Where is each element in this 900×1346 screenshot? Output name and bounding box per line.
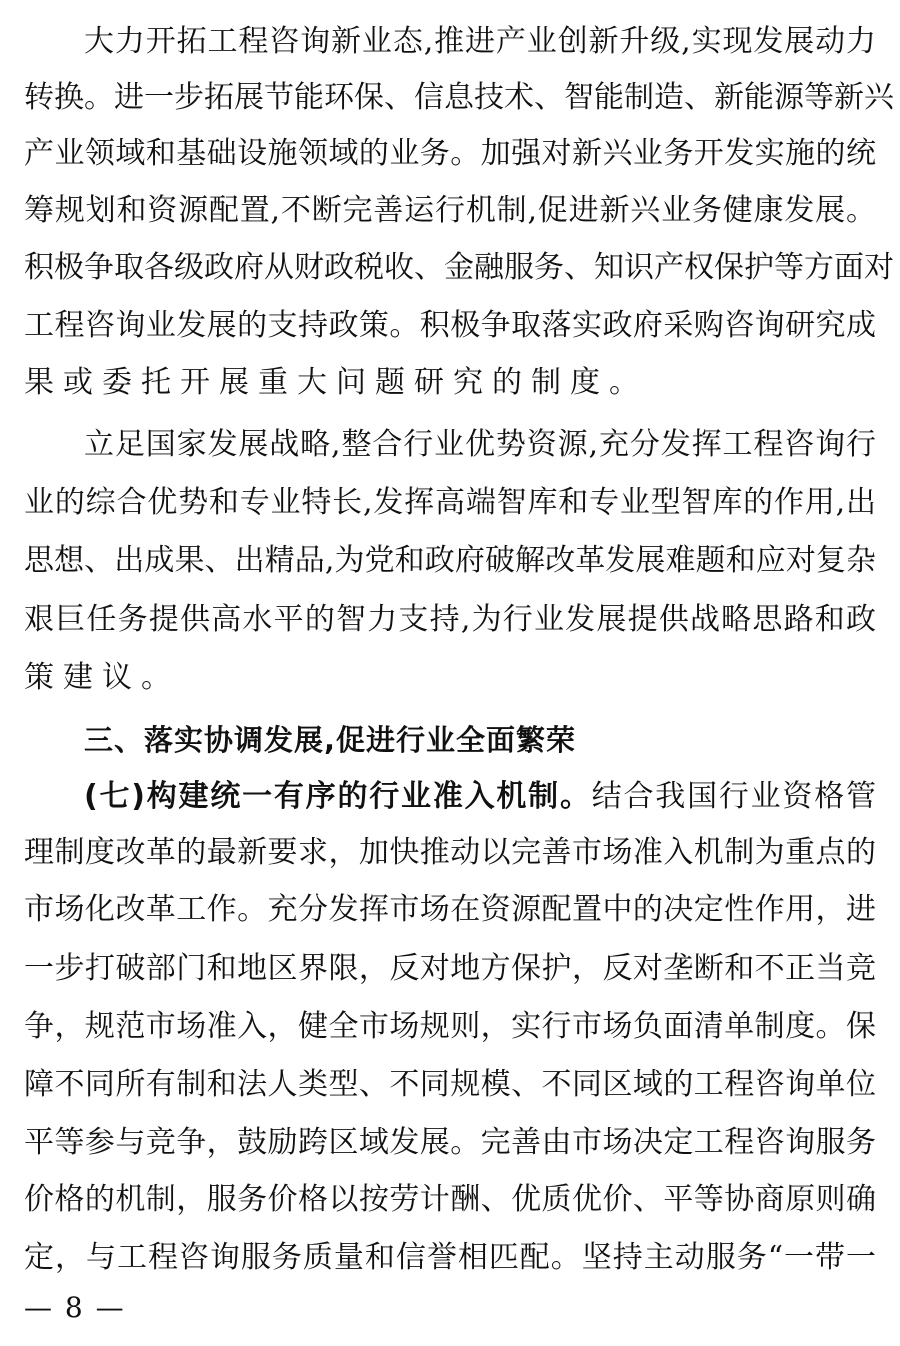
- paragraph-line: 艰巨任务提供高水平的智力支持,为行业发展提供战略思路和政: [24, 600, 876, 640]
- paragraph-line-first: (七)构建统一有序的行业准入机制。结合我国行业资格管: [84, 777, 876, 817]
- paragraph-line: 产业领域和基础设施领域的业务。加强对新兴业务开发实施的统: [24, 134, 876, 174]
- paragraph-line: 业的综合优势和专业特长,发挥高端智库和专业型智库的作用,出: [24, 483, 876, 523]
- document-page: 大力开拓工程咨询新业态,推进产业创新升级,实现发展动力 转换。进一步拓展节能环保…: [0, 0, 900, 1346]
- paragraph-line: 筹规划和资源配置,不断完善运行机制,促进新兴业务健康发展。: [24, 191, 876, 231]
- paragraph-line: 理制度改革的最新要求，加快推动以完善市场准入机制为重点的: [24, 833, 876, 873]
- subsection-first-line-text: 结合我国行业资格管: [592, 779, 876, 814]
- paragraph-line: 平等参与竞争，鼓励跨区域发展。完善由市场决定工程咨询服务: [24, 1123, 876, 1163]
- paragraph-line: 障不同所有制和法人类型、不同规模、不同区域的工程咨询单位: [24, 1065, 876, 1105]
- paragraph-line: 大力开拓工程咨询新业态,推进产业创新升级,实现发展动力: [84, 22, 876, 62]
- paragraph-line: 果或委托开展重大问题研究的制度。: [24, 363, 876, 403]
- paragraph-line: 一步打破部门和地区界限，反对地方保护，反对垄断和不正当竞: [24, 949, 876, 989]
- paragraph-line: 积极争取各级政府从财政税收、金融服务、知识产权保护等方面对: [24, 248, 876, 288]
- paragraph-line: 定，与工程咨询服务质量和信誉相匹配。坚持主动服务“一带一: [24, 1238, 876, 1278]
- paragraph-line: 价格的机制，服务价格以按劳计酬、优质优价、平等协商原则确: [24, 1180, 876, 1220]
- paragraph-line: 转换。进一步拓展节能环保、信息技术、智能制造、新能源等新兴: [24, 78, 876, 118]
- paragraph-line: 思想、出成果、出精品,为党和政府破解改革发展难题和应对复杂: [24, 541, 876, 581]
- paragraph-line: 立足国家发展战略,整合行业优势资源,充分发挥工程咨询行: [84, 425, 876, 465]
- page-number: — 8 —: [24, 1290, 126, 1326]
- paragraph-line: 策建议。: [24, 658, 876, 698]
- section-heading: 三、落实协调发展,促进行业全面繁荣: [84, 720, 576, 760]
- paragraph-line: 争，规范市场准入，健全市场规则，实行市场负面清单制度。保: [24, 1007, 876, 1047]
- subsection-title: (七)构建统一有序的行业准入机制。: [84, 779, 592, 814]
- paragraph-line: 工程咨询业发展的支持政策。积极争取落实政府采购咨询研究成: [24, 306, 876, 346]
- paragraph-line: 市场化改革工作。充分发挥市场在资源配置中的决定性作用，进: [24, 890, 876, 930]
